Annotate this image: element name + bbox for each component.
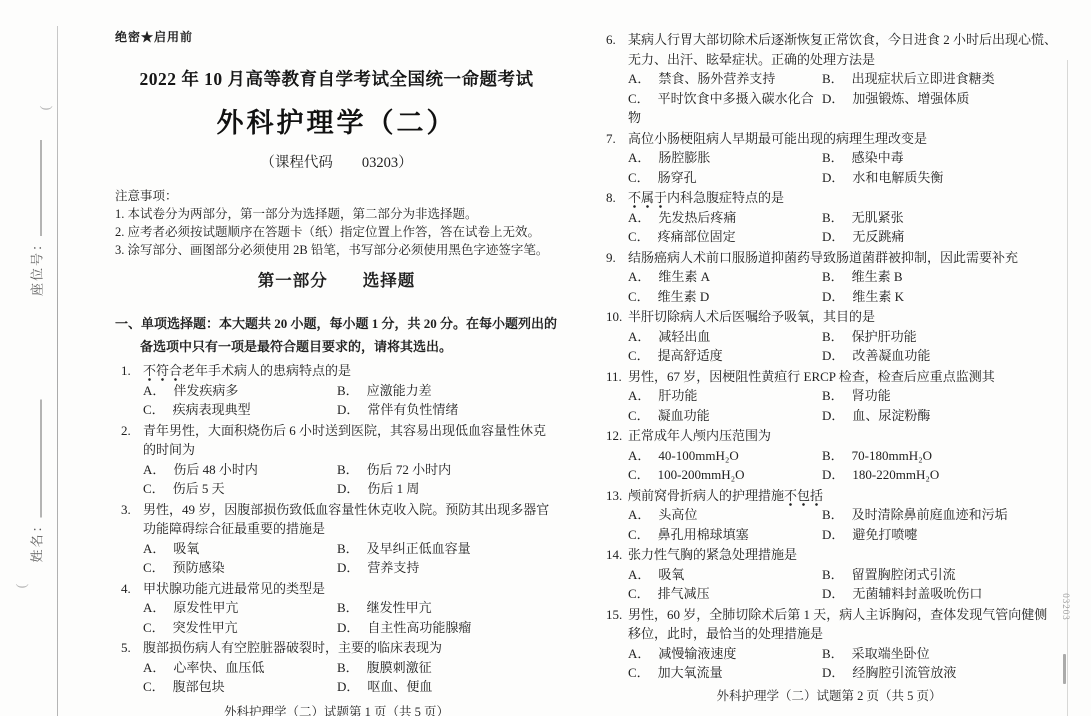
- option-grid: A．禁食、肠外营养支持B．出现症状后立即进食糖类C．平时饮食中多摄入碳水化合物D…: [628, 69, 1058, 128]
- option-text: 提高舒适度: [658, 348, 723, 363]
- option-letter: A．: [628, 505, 650, 525]
- option-grid: A．维生素 AB．维生素 BC．维生素 DD．维生素 K: [628, 267, 1058, 306]
- option-letter: D．: [822, 525, 844, 545]
- option: A．肝功能: [628, 386, 816, 406]
- question-number: 2.: [121, 421, 131, 441]
- option: D．经胸腔引流管放液: [822, 663, 1058, 683]
- name-field: 姓名：: [27, 399, 46, 562]
- option: D．避免打喷嚏: [822, 525, 1058, 545]
- binding-fold-line: [57, 26, 58, 716]
- option-letter: A．: [143, 658, 165, 678]
- option-grid: A．吸氧B．留置胸腔闭式引流C．排气减压D．无菌辅料封盖吸吮伤口: [628, 565, 1058, 604]
- option-letter: A．: [628, 148, 650, 168]
- option-text: 原发性甲亢: [173, 600, 238, 615]
- question: 13.颅前窝骨折病人的护理措施不包括A．头高位B．及时清除鼻前庭血迹和污垢C．鼻…: [600, 486, 1058, 545]
- option: C．平时饮食中多摄入碳水化合物: [628, 89, 816, 128]
- option-text: 维生素 K: [852, 289, 904, 304]
- option-text: 减轻出血: [658, 329, 710, 344]
- option-letter: B．: [822, 148, 844, 168]
- option-letter: D．: [822, 227, 844, 247]
- question: 10.半肝切除病人术后医嘱给予吸氧，其目的是A．减轻出血B．保护肝功能C．提高舒…: [600, 307, 1058, 366]
- option-letter: B．: [822, 386, 844, 406]
- option-text: 无肌紧张: [852, 210, 904, 225]
- option: D．加强锻炼、增强体质: [822, 89, 1058, 128]
- option: C．维生素 D: [628, 287, 816, 307]
- question-list-page1: 1.不符合老年手术病人的患病特点的是A．伴发疾病多B．应激能力差C．疾病表现典型…: [115, 361, 558, 697]
- question-number: 12.: [606, 426, 622, 446]
- spine-code: 03203: [1061, 593, 1071, 621]
- option: A．减轻出血: [628, 327, 816, 347]
- question-stem: 男性，49 岁，因腹部损伤致低血容量性休克收入院。预防其出现多器官功能障碍综合征…: [143, 502, 549, 537]
- option-letter: C．: [143, 677, 165, 697]
- option-letter: D．: [822, 584, 844, 604]
- option-text: 血、尿淀粉酶: [852, 408, 930, 423]
- option: C．肠穿孔: [628, 168, 816, 188]
- option: A．40-100mmH₂O: [628, 446, 816, 466]
- option-text: 留置胸腔闭式引流: [852, 567, 956, 582]
- option: D．改善凝血功能: [822, 346, 1058, 366]
- option-text: 疼痛部位固定: [658, 229, 736, 244]
- option-letter: C．: [143, 400, 165, 420]
- option-letter: B．: [822, 69, 844, 89]
- stem-emphasized-text: 不符合: [143, 363, 182, 382]
- option-text: 保护肝功能: [852, 329, 917, 344]
- stem-text: 腹部损伤病人有空腔脏器破裂时，主要的临床表现为: [143, 640, 442, 655]
- option-text: 吸氧: [658, 567, 684, 582]
- question-number: 3.: [121, 500, 131, 520]
- question-stem: 甲状腺功能亢进最常见的类型是: [143, 581, 325, 596]
- question: 11.男性，67 岁，因梗阻性黄疸行 ERCP 检查，检查后应重点监测其A．肝功…: [600, 367, 1058, 426]
- option: A．维生素 A: [628, 267, 816, 287]
- option-text: 头高位: [658, 507, 697, 522]
- option-letter: D．: [337, 558, 359, 578]
- option: C．提高舒适度: [628, 346, 816, 366]
- option-text: 伤后 48 小时内: [173, 462, 258, 477]
- question: 2.青年男性，大面积烧伤后 6 小时送到医院，其容易出现低血容量性休克的时间为A…: [115, 421, 558, 499]
- seat-number-label: 座位号：: [30, 236, 45, 296]
- option-text: 避免打喷嚏: [852, 527, 917, 542]
- option: B．保护肝功能: [822, 327, 1058, 347]
- question-stem: 正常成年人颅内压范围为: [628, 428, 771, 443]
- option-letter: B．: [822, 327, 844, 347]
- option: C．疾病表现典型: [143, 400, 331, 420]
- stem-text: 结肠癌病人术前口服肠道抑菌药导致肠道菌群被抑制，因此需要补充: [628, 250, 1018, 265]
- option-text: 及早纠正低血容量: [367, 541, 471, 556]
- option-text: 维生素 B: [852, 269, 903, 284]
- option-letter: C．: [628, 465, 650, 485]
- option-grid: A．减轻出血B．保护肝功能C．提高舒适度D．改善凝血功能: [628, 327, 1058, 366]
- question-number: 15.: [606, 605, 622, 625]
- option-letter: D．: [337, 400, 359, 420]
- option-letter: D．: [822, 168, 844, 188]
- option-text: 水和电解质失衡: [852, 170, 943, 185]
- option: C．排气减压: [628, 584, 816, 604]
- scan-mark: (: [14, 584, 30, 589]
- option: D．180-220mmH₂O: [822, 465, 1058, 485]
- stem-text: 男性，67 岁，因梗阻性黄疸行 ERCP 检查，检查后应重点监测其: [628, 369, 995, 384]
- course-code: （课程代码 03203）: [115, 151, 558, 172]
- option-text: 肠穿孔: [658, 170, 697, 185]
- option: B．维生素 B: [822, 267, 1058, 287]
- option: A．吸氧: [628, 565, 816, 585]
- option-letter: D．: [822, 406, 844, 426]
- subject-title: 外科护理学（二）: [115, 101, 558, 140]
- note-line-1: 1. 本试卷分为两部分，第一部分为选择题，第二部分为非选择题。: [115, 205, 558, 223]
- option: B．采取端坐卧位: [822, 644, 1058, 664]
- option-text: 伤后 72 小时内: [367, 462, 452, 477]
- question-number: 8.: [606, 188, 616, 208]
- stem-text: 男性，49 岁，因腹部损伤致低血容量性休克收入院。预防其出现多器官功能障碍综合征…: [143, 502, 549, 537]
- option: A．原发性甲亢: [143, 598, 331, 618]
- option-letter: A．: [628, 644, 650, 664]
- option-text: 经胸腔引流管放液: [852, 665, 956, 680]
- option: A．伴发疾病多: [143, 381, 331, 401]
- option-text: 应激能力差: [367, 383, 432, 398]
- option-grid: A．伤后 48 小时内B．伤后 72 小时内C．伤后 5 天D．伤后 1 周: [143, 460, 558, 499]
- seat-number-blank: [29, 140, 42, 236]
- option-text: 呕血、便血: [367, 679, 432, 694]
- option-letter: C．: [143, 558, 165, 578]
- option: C．加大氧流量: [628, 663, 816, 683]
- question-number: 9.: [606, 248, 616, 268]
- option-text: 100-200mmH₂O: [658, 467, 745, 482]
- option: A．心率快、血压低: [143, 658, 331, 678]
- question-stem: 不属于内科急腹症特点的是: [628, 190, 784, 209]
- question-stem: 高位小肠梗阻病人早期最可能出现的病理生理改变是: [628, 131, 927, 146]
- option-text: 180-220mmH₂O: [852, 467, 939, 482]
- option-grid: A．头高位B．及时清除鼻前庭血迹和污垢C．鼻孔用棉球填塞D．避免打喷嚏: [628, 505, 1058, 544]
- option-text: 心率快、血压低: [173, 660, 264, 675]
- option: C．腹部包块: [143, 677, 331, 697]
- option-grid: A．肠腔膨胀B．感染中毒C．肠穿孔D．水和电解质失衡: [628, 148, 1058, 187]
- question-number: 10.: [606, 307, 622, 327]
- option-letter: D．: [337, 618, 359, 638]
- option: B．无肌紧张: [822, 208, 1058, 228]
- option: B．出现症状后立即进食糖类: [822, 69, 1058, 89]
- name-blank: [29, 399, 42, 517]
- question: 1.不符合老年手术病人的患病特点的是A．伴发疾病多B．应激能力差C．疾病表现典型…: [115, 361, 558, 420]
- option-letter: B．: [822, 565, 844, 585]
- security-notice: 绝密★启用前: [115, 28, 558, 45]
- question-number: 11.: [606, 367, 622, 387]
- question-stem: 不符合老年手术病人的患病特点的是: [143, 363, 351, 382]
- question-stem: 结肠癌病人术前口服肠道抑菌药导致肠道菌群被抑制，因此需要补充: [628, 250, 1018, 265]
- option-text: 肾功能: [852, 388, 891, 403]
- option-letter: C．: [628, 525, 650, 545]
- option-letter: B．: [822, 505, 844, 525]
- option: A．头高位: [628, 505, 816, 525]
- question-stem: 半肝切除病人术后医嘱给予吸氧，其目的是: [628, 309, 875, 324]
- option-letter: B．: [337, 539, 359, 559]
- option: D．营养支持: [337, 558, 558, 578]
- question: 3.男性，49 岁，因腹部损伤致低血容量性休克收入院。预防其出现多器官功能障碍综…: [115, 500, 558, 578]
- option-grid: A．40-100mmH₂OB．70-180mmH₂OC．100-200mmH₂O…: [628, 446, 1058, 485]
- option-text: 继发性甲亢: [367, 600, 432, 615]
- part1-heading: 第一部分 选择题: [115, 267, 558, 291]
- exam-title: 2022 年 10 月高等教育自学考试全国统一命题考试: [115, 66, 558, 91]
- option-letter: A．: [628, 446, 650, 466]
- scanned-exam-paper: 座位号： 姓名： ( ( 03203 绝密★启用前 2022 年 10 月高等教…: [0, 0, 1091, 716]
- option-letter: A．: [143, 381, 165, 401]
- stem-text: 内科急腹症特点的是: [667, 190, 784, 205]
- option-letter: C．: [143, 618, 165, 638]
- option: B．及早纠正低血容量: [337, 539, 558, 559]
- option-letter: D．: [337, 677, 359, 697]
- question: 5.腹部损伤病人有空腔脏器破裂时，主要的临床表现为A．心率快、血压低B．腹膜刺激…: [115, 638, 558, 697]
- note-line-2: 2. 应考者必须按试题顺序在答题卡（纸）指定位置上作答，答在试卷上无效。: [115, 223, 558, 241]
- stem-text: 男性，60 岁，全肺切除术后第 1 天，病人主诉胸闷，查体发现气管向健侧移位，此…: [628, 607, 1047, 642]
- question: 12.正常成年人颅内压范围为A．40-100mmH₂OB．70-180mmH₂O…: [600, 426, 1058, 485]
- stem-text: 半肝切除病人术后医嘱给予吸氧，其目的是: [628, 309, 875, 324]
- option-letter: A．: [628, 208, 650, 228]
- option: A．先发热后疼痛: [628, 208, 816, 228]
- exam-page-2: 6.某病人行胃大部切除术后逐渐恢复正常饮食，今日进食 2 小时后出现心慌、无力、…: [600, 30, 1058, 704]
- option-text: 采取端坐卧位: [852, 646, 930, 661]
- question-stem: 某病人行胃大部切除术后逐渐恢复正常饮食，今日进食 2 小时后出现心慌、无力、出汗…: [628, 32, 1057, 67]
- option-letter: B．: [337, 658, 359, 678]
- option: D．伤后 1 周: [337, 479, 558, 499]
- option-text: 先发热后疼痛: [658, 210, 736, 225]
- option: D．无菌辅料封盖吸吮伤口: [822, 584, 1058, 604]
- option-letter: A．: [628, 565, 650, 585]
- stem-text: 颅前窝骨折病人的护理措施: [628, 488, 784, 503]
- option-grid: A．原发性甲亢B．继发性甲亢C．突发性甲亢D．自主性高功能腺瘤: [143, 598, 558, 637]
- option-text: 吸氧: [173, 541, 199, 556]
- option-letter: D．: [822, 465, 844, 485]
- option-text: 无反跳痛: [852, 229, 904, 244]
- option-text: 预防感染: [173, 560, 225, 575]
- question: 15.男性，60 岁，全肺切除术后第 1 天，病人主诉胸闷，查体发现气管向健侧移…: [600, 605, 1058, 683]
- option: D．无反跳痛: [822, 227, 1058, 247]
- option: D．常伴有负性情绪: [337, 400, 558, 420]
- option-letter: C．: [628, 287, 650, 307]
- option: B．及时清除鼻前庭血迹和污垢: [822, 505, 1058, 525]
- option-letter: C．: [628, 89, 650, 109]
- option-grid: A．心率快、血压低B．腹膜刺激征C．腹部包块D．呕血、便血: [143, 658, 558, 697]
- question-stem: 腹部损伤病人有空腔脏器破裂时，主要的临床表现为: [143, 640, 442, 655]
- stem-text: 张力性气胸的紧急处理措施是: [628, 547, 797, 562]
- question-list-page2: 6.某病人行胃大部切除术后逐渐恢复正常饮食，今日进食 2 小时后出现心慌、无力、…: [600, 30, 1058, 683]
- option-grid: A．减慢输液速度B．采取端坐卧位C．加大氧流量D．经胸腔引流管放液: [628, 644, 1058, 683]
- option-letter: A．: [143, 539, 165, 559]
- option-letter: C．: [143, 479, 165, 499]
- seat-number-field: 座位号：: [27, 140, 46, 296]
- stem-text: 正常成年人颅内压范围为: [628, 428, 771, 443]
- option-letter: A．: [628, 267, 650, 287]
- question: 9.结肠癌病人术前口服肠道抑菌药导致肠道菌群被抑制，因此需要补充A．维生素 AB…: [600, 248, 1058, 307]
- name-label: 姓名：: [30, 517, 45, 562]
- page2-footer: 外科护理学（二）试题第 2 页（共 5 页）: [600, 686, 1058, 704]
- question: 4.甲状腺功能亢进最常见的类型是A．原发性甲亢B．继发性甲亢C．突发性甲亢D．自…: [115, 579, 558, 638]
- option-text: 出现症状后立即进食糖类: [852, 71, 995, 86]
- option-grid: A．伴发疾病多B．应激能力差C．疾病表现典型D．常伴有负性情绪: [143, 381, 558, 420]
- option-text: 自主性高功能腺瘤: [367, 620, 471, 635]
- option-letter: D．: [822, 287, 844, 307]
- option: A．吸氧: [143, 539, 331, 559]
- option-letter: B．: [822, 208, 844, 228]
- stem-emphasized-text: 不包括: [784, 488, 823, 507]
- option: A．禁食、肠外营养支持: [628, 69, 816, 89]
- option-letter: C．: [628, 406, 650, 426]
- option: D．维生素 K: [822, 287, 1058, 307]
- note-line-3: 3. 涂写部分、画图部分必须使用 2B 铅笔，书写部分必须使用黑色字迹签字笔。: [115, 241, 558, 259]
- option-text: 肝功能: [658, 388, 697, 403]
- option-text: 维生素 A: [658, 269, 710, 284]
- question-stem: 男性，67 岁，因梗阻性黄疸行 ERCP 检查，检查后应重点监测其: [628, 369, 995, 384]
- option-text: 40-100mmH₂O: [658, 448, 738, 463]
- option: C．凝血功能: [628, 406, 816, 426]
- question: 7.高位小肠梗阻病人早期最可能出现的病理生理改变是A．肠腔膨胀B．感染中毒C．肠…: [600, 129, 1058, 188]
- page-edge-mark: [1063, 654, 1066, 684]
- question-number: 5.: [121, 638, 131, 658]
- option-text: 70-180mmH₂O: [852, 448, 932, 463]
- option-text: 平时饮食中多摄入碳水化合物: [628, 91, 814, 126]
- option-text: 突发性甲亢: [173, 620, 238, 635]
- option-text: 伤后 1 周: [367, 481, 419, 496]
- option-text: 排气减压: [658, 586, 710, 601]
- question-number: 4.: [121, 579, 131, 599]
- question-number: 13.: [606, 486, 622, 506]
- option: B．应激能力差: [337, 381, 558, 401]
- option-letter: B．: [822, 644, 844, 664]
- option-text: 减慢输液速度: [658, 646, 736, 661]
- option-letter: D．: [822, 89, 844, 109]
- option: C．预防感染: [143, 558, 331, 578]
- option-text: 加强锻炼、增强体质: [852, 91, 969, 106]
- option-letter: C．: [628, 168, 650, 188]
- question-number: 7.: [606, 129, 616, 149]
- option-text: 疾病表现典型: [173, 402, 251, 417]
- option-text: 鼻孔用棉球填塞: [658, 527, 749, 542]
- question-stem: 青年男性，大面积烧伤后 6 小时送到医院，其容易出现低血容量性休克的时间为: [143, 423, 546, 458]
- question: 8.不属于内科急腹症特点的是A．先发热后疼痛B．无肌紧张C．疼痛部位固定D．无反…: [600, 188, 1058, 247]
- option-letter: B．: [822, 446, 844, 466]
- stem-text: 青年男性，大面积烧伤后 6 小时送到医院，其容易出现低血容量性休克的时间为: [143, 423, 546, 458]
- question-stem: 颅前窝骨折病人的护理措施不包括: [628, 488, 823, 507]
- option: B．肾功能: [822, 386, 1058, 406]
- stem-text: 高位小肠梗阻病人早期最可能出现的病理生理改变是: [628, 131, 927, 146]
- option-letter: C．: [628, 346, 650, 366]
- option-text: 禁食、肠外营养支持: [658, 71, 775, 86]
- option: C．鼻孔用棉球填塞: [628, 525, 816, 545]
- page1-footer: 外科护理学（二）试题第 1 页（共 5 页）: [115, 702, 558, 716]
- option-letter: D．: [822, 346, 844, 366]
- option-text: 伴发疾病多: [173, 383, 238, 398]
- option: D．自主性高功能腺瘤: [337, 618, 558, 638]
- option-text: 凝血功能: [658, 408, 710, 423]
- question-number: 6.: [606, 30, 616, 50]
- option-letter: B．: [337, 381, 359, 401]
- option-letter: A．: [143, 598, 165, 618]
- option-text: 无菌辅料封盖吸吮伤口: [852, 586, 982, 601]
- option: D．水和电解质失衡: [822, 168, 1058, 188]
- option: C．100-200mmH₂O: [628, 465, 816, 485]
- option: A．减慢输液速度: [628, 644, 816, 664]
- option: A．肠腔膨胀: [628, 148, 816, 168]
- option-text: 伤后 5 天: [173, 481, 225, 496]
- option-letter: A．: [143, 460, 165, 480]
- question: 6.某病人行胃大部切除术后逐渐恢复正常饮食，今日进食 2 小时后出现心慌、无力、…: [600, 30, 1058, 128]
- question-stem: 张力性气胸的紧急处理措施是: [628, 547, 797, 562]
- option-letter: A．: [628, 386, 650, 406]
- stem-text: 某病人行胃大部切除术后逐渐恢复正常饮食，今日进食 2 小时后出现心慌、无力、出汗…: [628, 32, 1057, 67]
- section1-instruction: 一、单项选择题：本大题共 20 小题，每小题 1 分，共 20 分。在每小题列出…: [115, 312, 558, 358]
- notes-heading: 注意事项：: [115, 186, 558, 204]
- option-letter: C．: [628, 584, 650, 604]
- option: A．伤后 48 小时内: [143, 460, 331, 480]
- option-text: 改善凝血功能: [852, 348, 930, 363]
- option-text: 加大氧流量: [658, 665, 723, 680]
- option-text: 及时清除鼻前庭血迹和污垢: [852, 507, 1008, 522]
- option-letter: D．: [822, 663, 844, 683]
- option: B．伤后 72 小时内: [337, 460, 558, 480]
- option-text: 营养支持: [367, 560, 419, 575]
- option-letter: B．: [337, 598, 359, 618]
- option-text: 常伴有负性情绪: [367, 402, 458, 417]
- option: B．继发性甲亢: [337, 598, 558, 618]
- option: C．突发性甲亢: [143, 618, 331, 638]
- option-text: 维生素 D: [658, 289, 710, 304]
- stem-emphasized-text: 不属于: [628, 190, 667, 209]
- option: D．呕血、便血: [337, 677, 558, 697]
- option-grid: A．先发热后疼痛B．无肌紧张C．疼痛部位固定D．无反跳痛: [628, 208, 1058, 247]
- option-text: 感染中毒: [852, 150, 904, 165]
- option: B．70-180mmH₂O: [822, 446, 1058, 466]
- option-letter: B．: [822, 267, 844, 287]
- option: B．感染中毒: [822, 148, 1058, 168]
- option-letter: D．: [337, 479, 359, 499]
- option: B．腹膜刺激征: [337, 658, 558, 678]
- option: D．血、尿淀粉酶: [822, 406, 1058, 426]
- exam-page-1: 绝密★启用前 2022 年 10 月高等教育自学考试全国统一命题考试 外科护理学…: [115, 28, 558, 716]
- option-grid: A．吸氧B．及早纠正低血容量C．预防感染D．营养支持: [143, 539, 558, 578]
- option: B．留置胸腔闭式引流: [822, 565, 1058, 585]
- question-stem: 男性，60 岁，全肺切除术后第 1 天，病人主诉胸闷，查体发现气管向健侧移位，此…: [628, 607, 1047, 642]
- option: C．伤后 5 天: [143, 479, 331, 499]
- option: C．疼痛部位固定: [628, 227, 816, 247]
- stem-text: 甲状腺功能亢进最常见的类型是: [143, 581, 325, 596]
- option-text: 肠腔膨胀: [658, 150, 710, 165]
- option-letter: C．: [628, 663, 650, 683]
- option-letter: A．: [628, 69, 650, 89]
- option-grid: A．肝功能B．肾功能C．凝血功能D．血、尿淀粉酶: [628, 386, 1058, 425]
- scan-mark: (: [38, 106, 54, 111]
- question-number: 14.: [606, 545, 622, 565]
- stem-text: 老年手术病人的患病特点的是: [182, 363, 351, 378]
- question: 14.张力性气胸的紧急处理措施是A．吸氧B．留置胸腔闭式引流C．排气减压D．无菌…: [600, 545, 1058, 604]
- option-text: 腹部包块: [173, 679, 225, 694]
- option-letter: A．: [628, 327, 650, 347]
- option-letter: C．: [628, 227, 650, 247]
- option-letter: B．: [337, 460, 359, 480]
- question-number: 1.: [121, 361, 131, 381]
- option-text: 腹膜刺激征: [367, 660, 432, 675]
